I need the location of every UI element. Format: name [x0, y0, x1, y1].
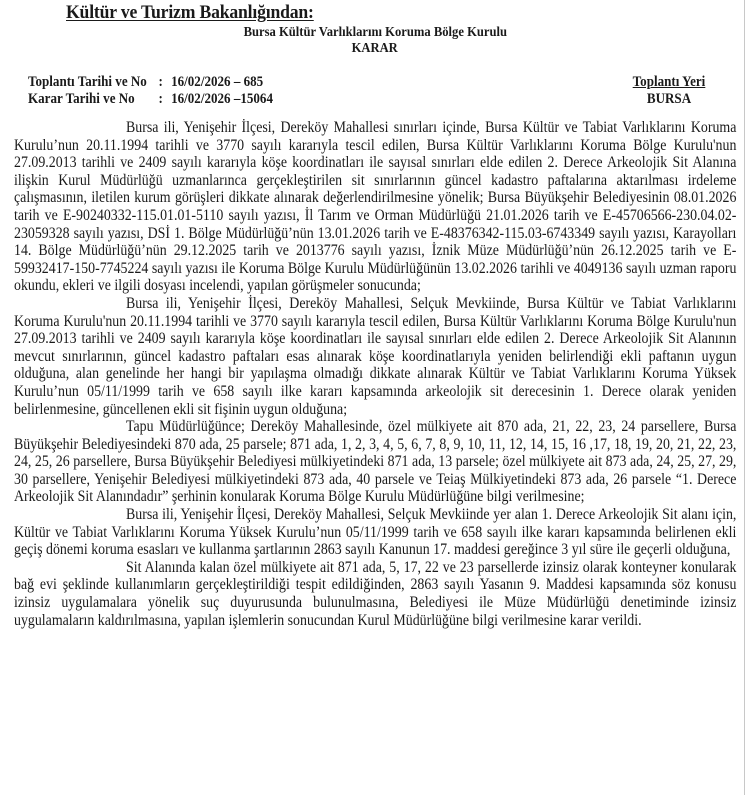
decision-document: Kültür ve Turizm Bakanlığından: Bursa Kü…	[0, 0, 750, 795]
meeting-venue: Toplantı Yeri BURSA	[614, 74, 724, 108]
paragraph-transition-rules: Bursa ili, Yenişehir İlçesi, Dereköy Mah…	[14, 506, 736, 559]
decision-date-row: Karar Tarihi ve No:16/02/2026 –15064	[28, 91, 273, 108]
decision-date-label: Karar Tarihi ve No	[28, 91, 159, 108]
board-name: Bursa Kültür Varlıklarını Koruma Bölge K…	[0, 25, 750, 41]
decision-heading-text: KARAR	[352, 41, 398, 57]
meeting-date-separator: :	[159, 74, 172, 91]
meeting-venue-label: Toplantı Yeri	[620, 74, 719, 91]
paragraph-review: Bursa ili, Yenişehir İlçesi, Dereköy Mah…	[14, 119, 736, 295]
board-name-text: Bursa Kültür Varlıklarını Koruma Bölge K…	[243, 25, 506, 41]
decision-body: Bursa ili, Yenişehir İlçesi, Dereköy Mah…	[14, 119, 736, 629]
decision-date-value: 16/02/2026 –15064	[171, 91, 273, 107]
paragraph-land-registry: Tapu Müdürlüğünce; Dereköy Mahallesinde,…	[14, 418, 736, 506]
paragraph-site-boundaries: Bursa ili, Yenişehir İlçesi, Dereköy Mah…	[14, 295, 736, 418]
meeting-date-label: Toplantı Tarihi ve No	[28, 74, 159, 91]
decision-date-separator: :	[159, 91, 172, 108]
decision-heading: KARAR	[0, 41, 750, 57]
page-edge-divider	[744, 0, 745, 795]
ministry-title: Kültür ve Turizm Bakanlığından:	[66, 2, 314, 24]
meeting-venue-value: BURSA	[620, 91, 719, 108]
meeting-date-row: Toplantı Tarihi ve No:16/02/2026 – 685	[28, 74, 263, 91]
meeting-date-value: 16/02/2026 – 685	[171, 74, 263, 90]
paragraph-unauthorized-use: Sit Alanında kalan özel mülkiyete ait 87…	[14, 559, 736, 629]
